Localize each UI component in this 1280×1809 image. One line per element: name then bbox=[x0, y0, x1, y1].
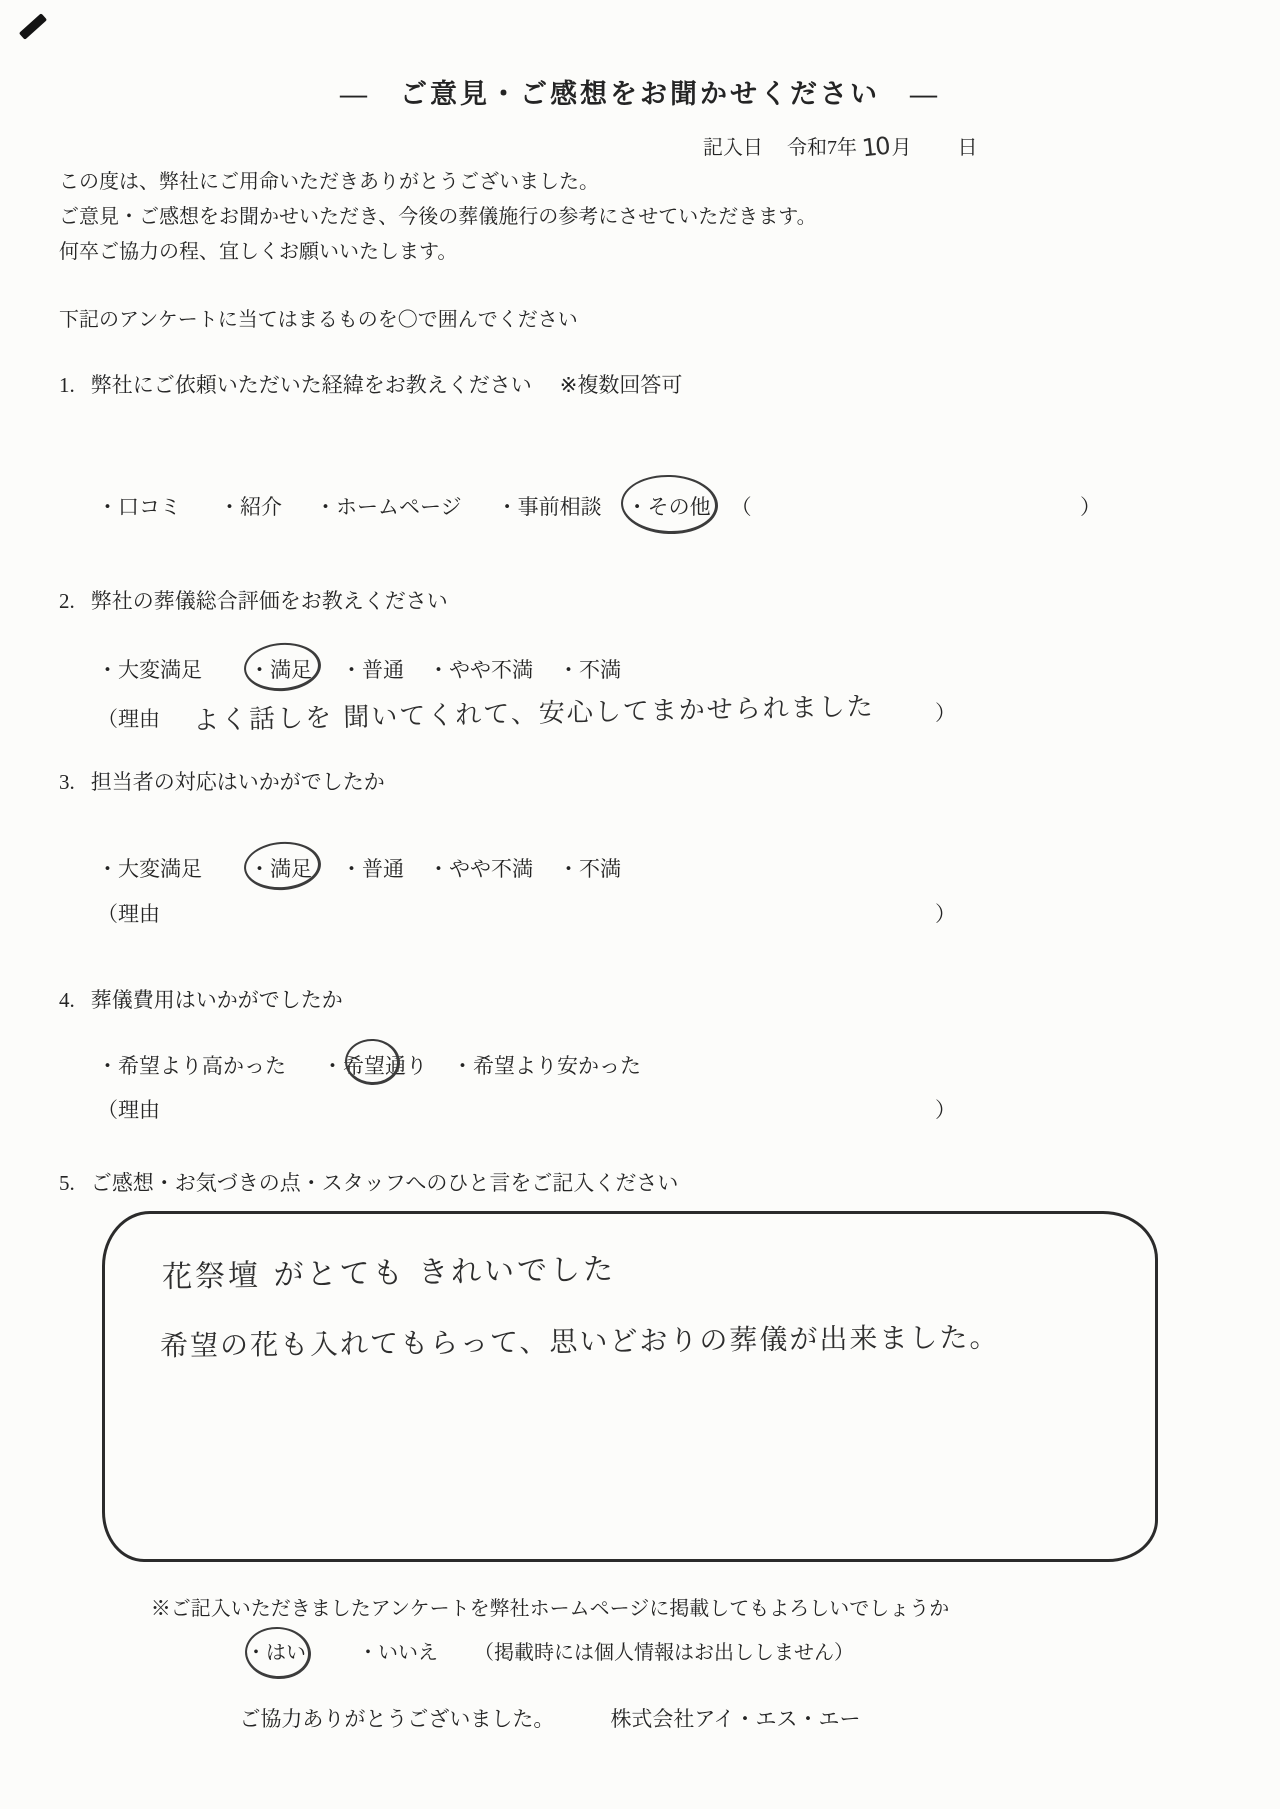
option-futsuu: ・普通 bbox=[341, 654, 404, 684]
closing-row: ご協力ありがとうございました。 株式会社アイ・エス・エー bbox=[0, 1703, 1100, 1733]
answer-paren-close: ） bbox=[1080, 491, 1101, 521]
question-4-reason-row: （理由 ） bbox=[97, 1094, 1097, 1124]
date-day-label: 日 bbox=[958, 131, 978, 160]
question-note: ※複数回答可 bbox=[560, 373, 683, 397]
handwritten-month: 10 bbox=[861, 132, 890, 163]
intro-paragraph: この度は、弊社にご用命いただきありがとうございました。 ご意見・ご感想をお聞かせ… bbox=[59, 165, 817, 270]
question-number: 3. bbox=[59, 770, 75, 794]
company-name: 株式会社アイ・エス・エー bbox=[610, 1703, 860, 1733]
option-fuman: ・不満 bbox=[558, 853, 621, 883]
option-futsuu: ・普通 bbox=[341, 853, 404, 883]
question-2-reason-row: （理由 よく話しを 聞いてくれて、安心してまかせられました ） bbox=[97, 697, 1097, 734]
option-kibou-yori-takakatta: ・希望より高かった bbox=[97, 1050, 286, 1080]
page-title: ― ご意見・ご感想をお聞かせください ― bbox=[0, 72, 1280, 111]
question-number: 5. bbox=[59, 1171, 75, 1195]
date-month-label: 月 bbox=[892, 131, 912, 160]
question-3-options: ・大変満足 ・満足 ・普通 ・やや不満 ・不満 bbox=[97, 853, 621, 883]
intro-line: この度は、弊社にご用命いただきありがとうございました。 bbox=[59, 165, 817, 200]
option-iie: ・いいえ bbox=[358, 1636, 438, 1665]
question-title: 担当者の対応はいかがでしたか bbox=[91, 770, 385, 794]
question-2-heading: 2.弊社の葬儀総合評価をお教えください bbox=[59, 585, 448, 615]
option-jizen-soudan: ・事前相談 bbox=[497, 491, 602, 521]
question-title: 葬儀費用はいかがでしたか bbox=[91, 988, 343, 1012]
option-shoukai: ・紹介 bbox=[219, 491, 282, 521]
option-taihen-manzoku: ・大変満足 bbox=[97, 853, 202, 883]
question-4-options: ・希望より高かった ・希望通り ・希望より安かった bbox=[97, 1050, 641, 1080]
reason-label: （理由 bbox=[97, 902, 160, 926]
option-sonota: ・その他 bbox=[627, 491, 711, 521]
question-3-reason-row: （理由 ） bbox=[97, 898, 1097, 928]
publish-consent-options: ・はい ・いいえ （掲載時には個人情報はお出ししません） bbox=[0, 1636, 1100, 1665]
option-kibou-yori-yasukatta: ・希望より安かった bbox=[452, 1050, 641, 1080]
handwritten-reason: よく話しを 聞いてくれて、安心してまかせられました bbox=[193, 686, 875, 737]
date-row: 記入日 令和7年 10 月 日 bbox=[703, 131, 978, 160]
scan-artifact bbox=[19, 13, 47, 40]
option-kibou-doori: ・希望通り bbox=[322, 1050, 427, 1080]
spacer bbox=[554, 1703, 610, 1733]
instruction-text: 下記のアンケートに当てはまるものを〇で囲んでください bbox=[59, 303, 578, 332]
intro-line: 何卒ご協力の程、宜しくお願いいたします。 bbox=[59, 235, 817, 270]
question-title: ご感想・お気づきの点・スタッフへのひと言をご記入ください bbox=[91, 1171, 679, 1195]
option-fuman: ・不満 bbox=[558, 654, 621, 684]
question-title: 弊社にご依頼いただいた経緯をお教えください bbox=[91, 373, 532, 397]
option-hai: ・はい bbox=[246, 1636, 306, 1665]
publish-consent-question: ※ご記入いただきましたアンケートを弊社ホームページに掲載してもよろしいでしょうか bbox=[0, 1592, 1100, 1621]
question-1-heading: 1.弊社にご依頼いただいた経緯をお教えください※複数回答可 bbox=[59, 369, 682, 399]
question-number: 2. bbox=[59, 589, 75, 613]
survey-sheet: ― ご意見・ご感想をお聞かせください ― 記入日 令和7年 10 月 日 この度… bbox=[0, 0, 1280, 1809]
handwritten-comment-line: 花祭壇 がとても きれいでした bbox=[162, 1244, 617, 1296]
reason-label: （理由 bbox=[97, 1098, 160, 1122]
reason-paren-close: ） bbox=[935, 1094, 956, 1124]
date-era-year: 令和7年 bbox=[787, 131, 857, 160]
reason-paren-close: ） bbox=[935, 697, 956, 727]
question-number: 4. bbox=[59, 988, 75, 1012]
reason-paren-close: ） bbox=[935, 898, 956, 928]
reason-label: （理由 bbox=[97, 707, 160, 731]
option-taihen-manzoku: ・大変満足 bbox=[97, 654, 202, 684]
question-title: 弊社の葬儀総合評価をお教えください bbox=[91, 589, 448, 613]
date-label: 記入日 bbox=[703, 131, 763, 160]
question-4-heading: 4.葬儀費用はいかがでしたか bbox=[59, 984, 343, 1014]
question-2-options: ・大変満足 ・満足 ・普通 ・やや不満 ・不満 bbox=[97, 654, 621, 684]
publish-note: （掲載時には個人情報はお出ししません） bbox=[474, 1636, 854, 1665]
option-manzoku: ・満足 bbox=[249, 654, 312, 684]
answer-paren-open: （ bbox=[731, 491, 752, 521]
question-1-options: ・口コミ ・紹介 ・ホームページ ・事前相談 ・その他 （ ） bbox=[97, 491, 1197, 521]
option-yaya-fuman: ・やや不満 bbox=[428, 853, 533, 883]
question-3-heading: 3.担当者の対応はいかがでしたか bbox=[59, 766, 385, 796]
thanks-text: ご協力ありがとうございました。 bbox=[239, 1703, 554, 1733]
question-number: 1. bbox=[59, 373, 75, 397]
question-5-heading: 5.ご感想・お気づきの点・スタッフへのひと言をご記入ください bbox=[59, 1167, 678, 1197]
intro-line: ご意見・ご感想をお聞かせいただき、今後の葬儀施行の参考にさせていただきます。 bbox=[59, 200, 817, 235]
option-kuchikomi: ・口コミ bbox=[97, 491, 181, 521]
option-homepage: ・ホームページ bbox=[315, 491, 462, 521]
option-yaya-fuman: ・やや不満 bbox=[428, 654, 533, 684]
option-manzoku: ・満足 bbox=[249, 853, 312, 883]
